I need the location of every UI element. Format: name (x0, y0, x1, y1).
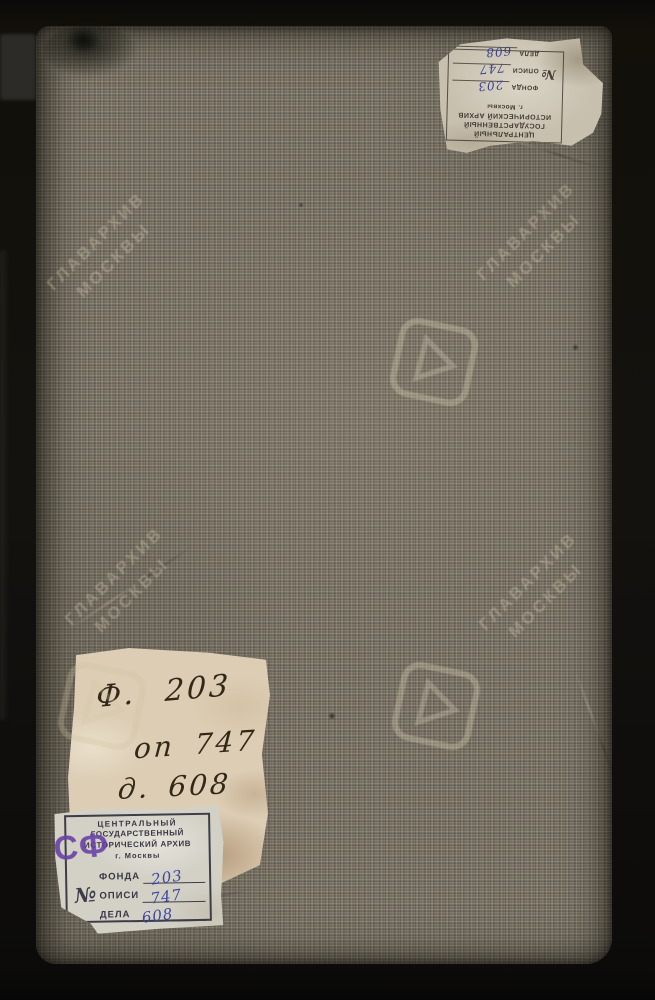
label-rotated-content: ЦЕНТРАЛЬНЫЙ ГОСУДАРСТВЕННЫЙ ИСТОРИЧЕСКИЙ… (437, 36, 603, 154)
field-row-fond: ФОНДА 203 (452, 80, 538, 99)
label-field-rows: ФОНДА 203 ОПИСИ 747 ДЕЛА (99, 864, 206, 923)
cover-corner-stain-dark (66, 26, 100, 52)
handwritten-delo-number: 608 (140, 904, 174, 926)
field-label: ДЕЛА (100, 909, 131, 923)
cover-corner-stain (44, 24, 136, 76)
field-row-opis: ОПИСИ 747 (452, 63, 538, 82)
field-label: ФОНДА (511, 81, 538, 91)
field-row-delo: ДЕЛА 608 (453, 46, 539, 65)
number-sign: № (538, 48, 559, 100)
archival-scan-photo: ЦЕНТРАЛЬНЫЙ ГОСУДАРСТВЕННЫЙ ИСТОРИЧЕСКИЙ… (0, 0, 655, 1000)
field-underline: 747 (452, 63, 510, 83)
archive-label-frame: ЦЕНТРАЛЬНЫЙ ГОСУДАРСТВЕННЫЙ ИСТОРИЧЕСКИЙ… (446, 48, 564, 143)
field-underline: 608 (453, 46, 517, 66)
cover-crease (574, 671, 618, 785)
handwritten-line-opis: оп 747 (133, 724, 258, 766)
archive-label-bottom: СФ ЦЕНТРАЛЬНЫЙ ГОСУДАРСТВЕННЫЙ ИСТОРИЧЕС… (51, 804, 225, 935)
field-row-delo: ДЕЛА 608 (100, 902, 206, 923)
label-fields: № ФОНДА 203 ОПИСИ 747 (452, 46, 559, 100)
cover-speck (328, 712, 336, 720)
sf-overstamp: СФ (52, 826, 111, 870)
handwritten-line-fond: Ф. 203 (95, 668, 232, 715)
label-field-rows: ФОНДА 203 ОПИСИ 747 ДЕЛА (452, 46, 539, 99)
cover-crease (68, 544, 194, 630)
handwritten-line-delo: д. 608 (117, 767, 233, 806)
field-underline: 203 (143, 863, 205, 884)
label-fields: № ФОНДА 203 ОПИСИ 747 (71, 864, 206, 923)
cover-speck (298, 202, 304, 208)
field-label: ОПИСИ (512, 64, 538, 74)
cradle-object-shadow (0, 34, 36, 100)
field-underline: 203 (452, 80, 509, 99)
cover-speck (572, 344, 579, 351)
field-underline: 747 (142, 882, 206, 903)
field-label: ФОНДА (99, 871, 140, 885)
handwritten-delo-number: 608 (484, 44, 511, 60)
field-underline: 608 (133, 901, 206, 922)
page-edge-streak (0, 250, 8, 720)
archive-label-top: ЦЕНТРАЛЬНЫЙ ГОСУДАРСТВЕННЫЙ ИСТОРИЧЕСКИЙ… (437, 36, 603, 154)
field-label: ДЕЛА (519, 48, 539, 58)
